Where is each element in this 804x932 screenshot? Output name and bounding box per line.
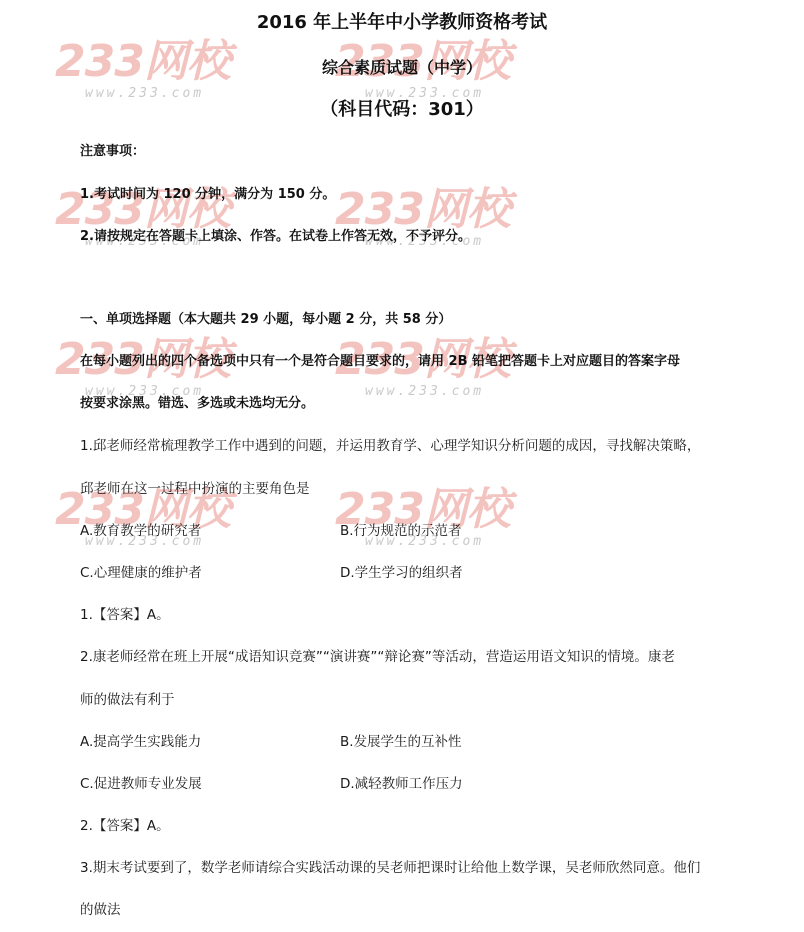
question-1-stem-line-2: 邱老师在这一过程中扮演的主要角色是 [80, 477, 310, 497]
document-title: 2016 年上半年中小学教师资格考试 [0, 8, 804, 34]
notice-heading: 注意事项： [80, 140, 145, 159]
watermark-url: www.233.com [335, 384, 515, 399]
section-instruction-1: 在每小题列出的四个备选项中只有一个是符合题目要求的，请用 2B 铅笔把答题卡上对… [80, 350, 680, 369]
question-2-option-a: A.提高学生实践能力 [80, 730, 201, 750]
document-subtitle: 综合素质试题（中学） [0, 55, 804, 78]
question-1-option-c: C.心理健康的维护者 [80, 561, 202, 581]
question-2-answer: 2.【答案】A。 [80, 814, 170, 834]
question-2-stem-line-1: 2.康老师经常在班上开展“成语知识竞赛”“演讲赛”“辩论赛”等活动，营造运用语文… [80, 645, 675, 665]
question-3-stem-line-2: 的做法 [80, 898, 121, 918]
subject-code: （科目代码：301） [0, 95, 804, 121]
section-title: 一、单项选择题（本大题共 29 小题，每小题 2 分，共 58 分） [80, 308, 451, 327]
question-2-option-b: B.发展学生的互补性 [340, 730, 462, 750]
notice-item-2: 2.请按规定在答题卡上填涂、作答。在试卷上作答无效，不予评分。 [80, 225, 471, 244]
question-2-stem-line-2: 师的做法有利于 [80, 688, 175, 708]
question-3-stem-line-1: 3.期末考试要到了，数学老师请综合实践活动课的吴老师把课时让给他上数学课，吴老师… [80, 856, 700, 876]
question-1-option-d: D.学生学习的组织者 [340, 561, 463, 581]
question-1-stem-line-1: 1.邱老师经常梳理教学工作中遇到的问题，并运用教育学、心理学知识分析问题的成因，… [80, 434, 700, 454]
question-1-option-a: A.教育教学的研究者 [80, 519, 201, 539]
question-2-option-d: D.减轻教师工作压力 [340, 772, 463, 792]
notice-item-1: 1.考试时间为 120 分钟，满分为 150 分。 [80, 183, 335, 202]
question-1-option-b: B.行为规范的示范者 [340, 519, 462, 539]
section-instruction-2: 按要求涂黑。错选、多选或未选均无分。 [80, 392, 314, 411]
question-1-answer: 1.【答案】A。 [80, 603, 170, 623]
question-2-option-c: C.促进教师专业发展 [80, 772, 202, 792]
